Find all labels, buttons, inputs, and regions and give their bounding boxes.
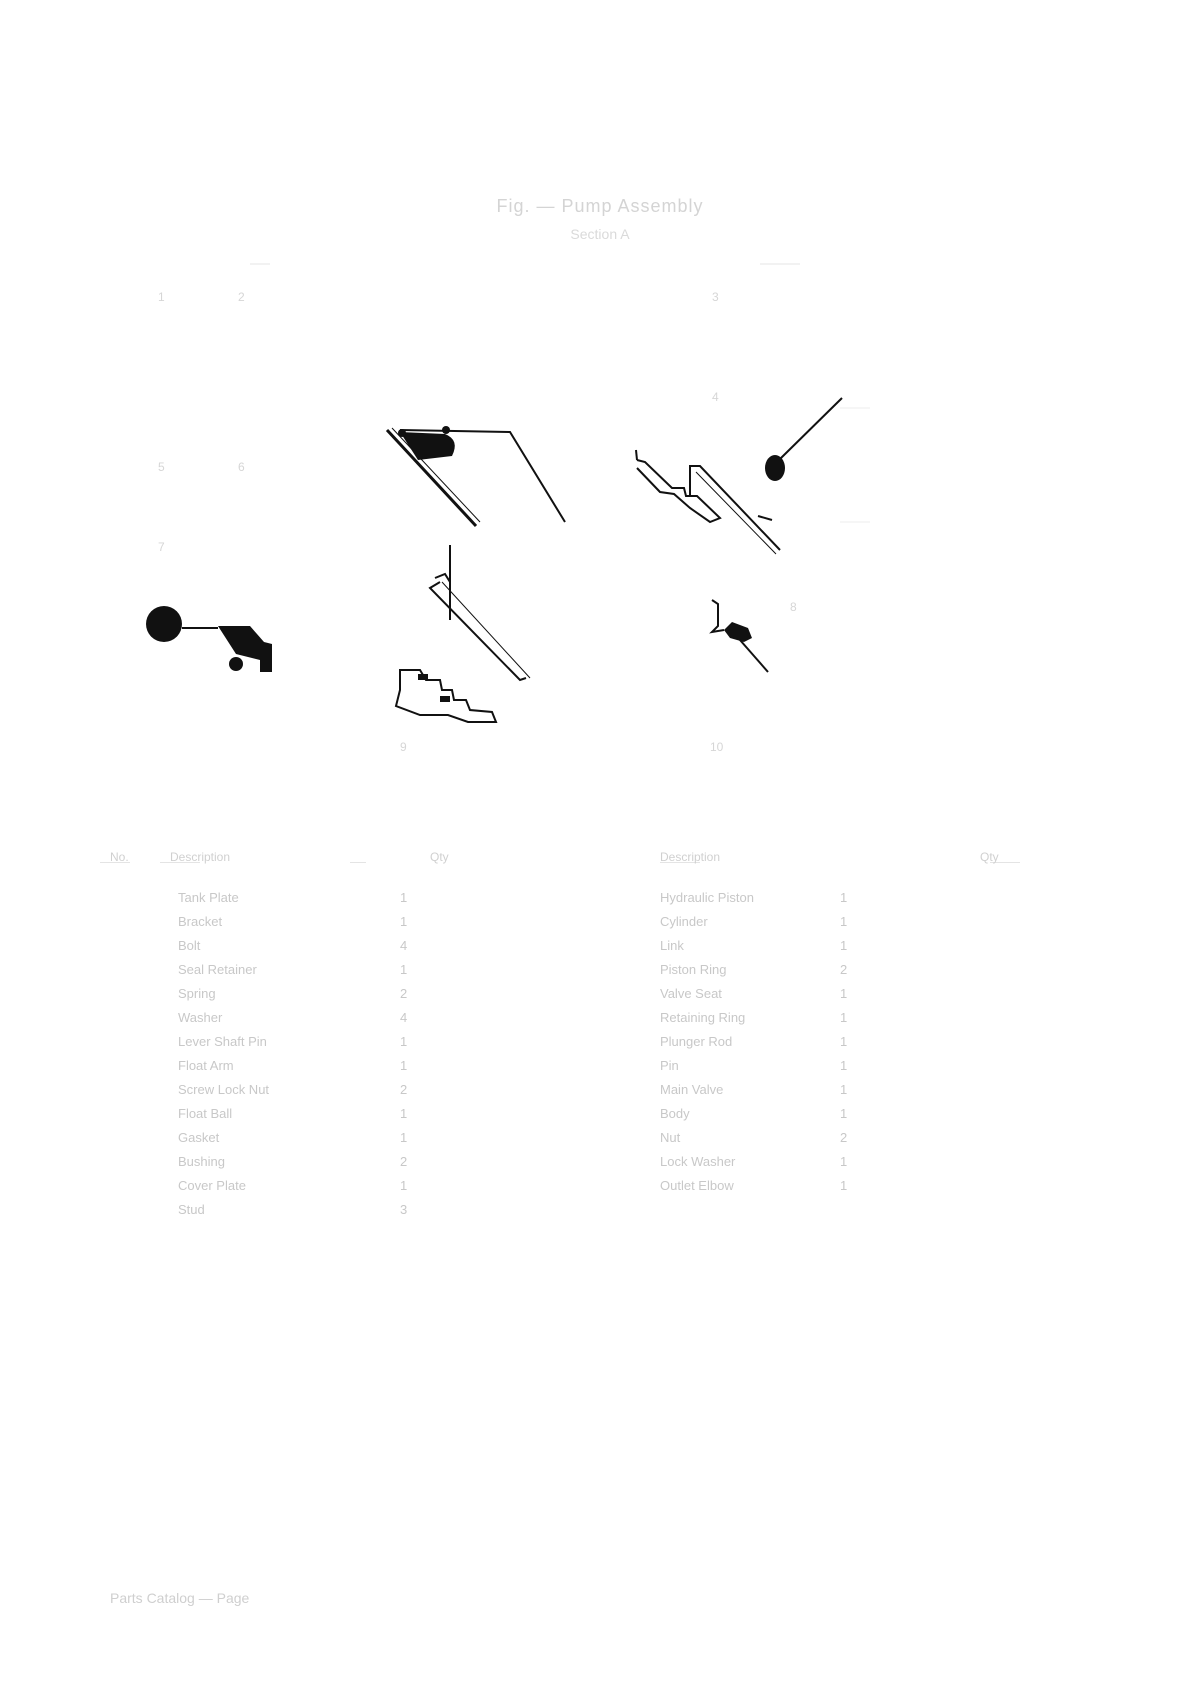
part-name: Gasket <box>178 1130 219 1145</box>
part-qty: 2 <box>840 962 847 977</box>
part-name: Valve Seat <box>660 986 722 1001</box>
figure-label: 1 <box>158 290 165 304</box>
link-part <box>636 450 780 554</box>
part-qty: 1 <box>400 890 407 905</box>
float-ball-part <box>146 606 272 672</box>
part-qty: 4 <box>400 938 407 953</box>
part-qty: 1 <box>840 1010 847 1025</box>
part-qty: 1 <box>840 1154 847 1169</box>
column-header: No. <box>110 850 129 864</box>
figure-label: 4 <box>712 390 719 404</box>
part-name: Hydraulic Piston <box>660 890 754 905</box>
part-name: Outlet Elbow <box>660 1178 734 1193</box>
figure-label: 6 <box>238 460 245 474</box>
part-qty: 1 <box>400 962 407 977</box>
part-name: Seal Retainer <box>178 962 257 977</box>
part-name: Tank Plate <box>178 890 239 905</box>
part-name: Spring <box>178 986 216 1001</box>
handle-part <box>712 600 768 672</box>
part-qty: 1 <box>840 1058 847 1073</box>
divider <box>350 862 366 863</box>
part-name: Cylinder <box>660 914 708 929</box>
column-header: Description <box>660 850 720 864</box>
figure-label: 8 <box>790 600 797 614</box>
part-qty: 2 <box>840 1130 847 1145</box>
part-name: Retaining Ring <box>660 1010 745 1025</box>
part-qty: 1 <box>400 1178 407 1193</box>
part-name: Cover Plate <box>178 1178 246 1193</box>
part-qty: 1 <box>400 914 407 929</box>
part-qty: 1 <box>840 1178 847 1193</box>
part-qty: 1 <box>840 1034 847 1049</box>
part-qty: 1 <box>400 1034 407 1049</box>
part-qty: 1 <box>840 986 847 1001</box>
part-name: Plunger Rod <box>660 1034 732 1049</box>
part-name: Bracket <box>178 914 222 929</box>
part-qty: 1 <box>840 1082 847 1097</box>
part-qty: 4 <box>400 1010 407 1025</box>
lever-ball-part <box>765 398 842 481</box>
assembly-diagram: 1 2 3 4 5 6 7 8 9 10 <box>100 260 960 780</box>
part-qty: 1 <box>840 890 847 905</box>
part-qty: 2 <box>400 1154 407 1169</box>
column-header: Description <box>170 850 230 864</box>
part-name: Nut <box>660 1130 680 1145</box>
part-name: Body <box>660 1106 690 1121</box>
figure-label: 10 <box>710 740 723 754</box>
page-subtitle: Section A <box>0 226 1200 242</box>
column-header: Qty <box>980 850 999 864</box>
page-footer: Parts Catalog — Page <box>110 1590 249 1606</box>
figure-label: 3 <box>712 290 719 304</box>
part-name: Float Arm <box>178 1058 234 1073</box>
part-qty: 2 <box>400 1082 407 1097</box>
part-qty: 1 <box>840 1106 847 1121</box>
part-name: Lever Shaft Pin <box>178 1034 267 1049</box>
part-qty: 1 <box>400 1106 407 1121</box>
part-name: Link <box>660 938 684 953</box>
page-title: Fig. — Pump Assembly <box>0 196 1200 217</box>
figure-label: 7 <box>158 540 165 554</box>
part-name: Stud <box>178 1202 205 1217</box>
column-header: Qty <box>430 850 449 864</box>
part-name: Lock Washer <box>660 1154 735 1169</box>
part-qty: 1 <box>400 1130 407 1145</box>
part-name: Bushing <box>178 1154 225 1169</box>
exploded-view-drawing <box>100 260 960 780</box>
bracket-part <box>430 545 530 680</box>
figure-label: 2 <box>238 290 245 304</box>
part-qty: 2 <box>400 986 407 1001</box>
part-qty: 1 <box>840 914 847 929</box>
figure-label: 5 <box>158 460 165 474</box>
part-qty: 1 <box>840 938 847 953</box>
part-name: Pin <box>660 1058 679 1073</box>
part-qty: 3 <box>400 1202 407 1217</box>
part-name: Bolt <box>178 938 200 953</box>
part-name: Piston Ring <box>660 962 726 977</box>
stepped-plate-part <box>396 670 496 722</box>
lever-arm-part <box>387 426 565 526</box>
part-name: Washer <box>178 1010 222 1025</box>
figure-label: 9 <box>400 740 407 754</box>
part-name: Float Ball <box>178 1106 232 1121</box>
part-name: Main Valve <box>660 1082 723 1097</box>
part-name: Screw Lock Nut <box>178 1082 269 1097</box>
part-qty: 1 <box>400 1058 407 1073</box>
